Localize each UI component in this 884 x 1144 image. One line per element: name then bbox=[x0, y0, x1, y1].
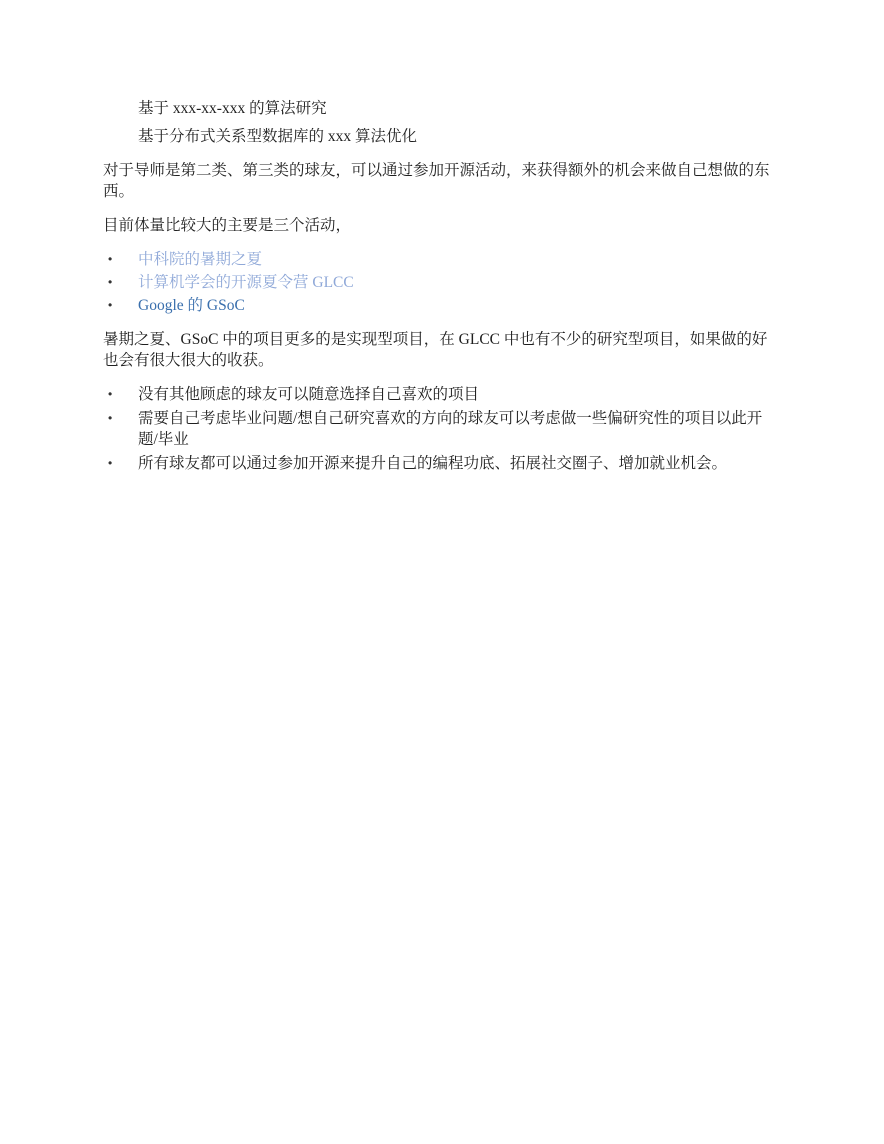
topic-line-database-optimization: 基于分布式关系型数据库的 xxx 算法优化 bbox=[138, 126, 781, 147]
advice-list: • 没有其他顾虑的球友可以随意选择自己喜欢的项目 • 需要自己考虑毕业问题/想自… bbox=[103, 384, 781, 474]
list-item: • Google 的 GSoC bbox=[103, 295, 781, 316]
bullet-icon: • bbox=[103, 408, 138, 429]
link-glcc-summer-camp[interactable]: 计算机学会的开源夏令营 GLCC bbox=[138, 272, 781, 293]
list-item: • 计算机学会的开源夏令营 GLCC bbox=[103, 272, 781, 293]
advice-item-free-choice: 没有其他顾虑的球友可以随意选择自己喜欢的项目 bbox=[138, 384, 781, 405]
list-item: • 所有球友都可以通过参加开源来提升自己的编程功底、拓展社交圈子、增加就业机会。 bbox=[103, 453, 781, 474]
document-page: 基于 xxx-xx-xxx 的算法研究 基于分布式关系型数据库的 xxx 算法优… bbox=[0, 0, 884, 1144]
bullet-icon: • bbox=[103, 295, 138, 316]
list-item: • 需要自己考虑毕业问题/想自己研究喜欢的方向的球友可以考虑做一些偏研究性的项目… bbox=[103, 408, 781, 450]
advice-item-graduation-research: 需要自己考虑毕业问题/想自己研究喜欢的方向的球友可以考虑做一些偏研究性的项目以此… bbox=[138, 408, 781, 450]
bullet-icon: • bbox=[103, 272, 138, 293]
list-item: • 没有其他顾虑的球友可以随意选择自己喜欢的项目 bbox=[103, 384, 781, 405]
bullet-icon: • bbox=[103, 249, 138, 270]
paragraph-project-types: 暑期之夏、GSoC 中的项目更多的是实现型项目，在 GLCC 中也有不少的研究型… bbox=[103, 329, 781, 371]
paragraph-mentor-advice: 对于导师是第二类、第三类的球友，可以通过参加开源活动，来获得额外的机会来做自己想… bbox=[103, 160, 781, 202]
paragraph-activities-intro: 目前体量比较大的主要是三个活动， bbox=[103, 215, 781, 236]
list-item: • 中科院的暑期之夏 bbox=[103, 249, 781, 270]
link-cas-summer-of-code[interactable]: 中科院的暑期之夏 bbox=[138, 249, 781, 270]
activity-link-list: • 中科院的暑期之夏 • 计算机学会的开源夏令营 GLCC • Google 的… bbox=[103, 249, 781, 316]
bullet-icon: • bbox=[103, 384, 138, 405]
link-google-gsoc[interactable]: Google 的 GSoC bbox=[138, 295, 781, 316]
bullet-icon: • bbox=[103, 453, 138, 474]
document-body: 基于 xxx-xx-xxx 的算法研究 基于分布式关系型数据库的 xxx 算法优… bbox=[103, 98, 781, 474]
topic-line-algorithm-research: 基于 xxx-xx-xxx 的算法研究 bbox=[138, 98, 781, 119]
advice-item-skill-benefits: 所有球友都可以通过参加开源来提升自己的编程功底、拓展社交圈子、增加就业机会。 bbox=[138, 453, 781, 474]
